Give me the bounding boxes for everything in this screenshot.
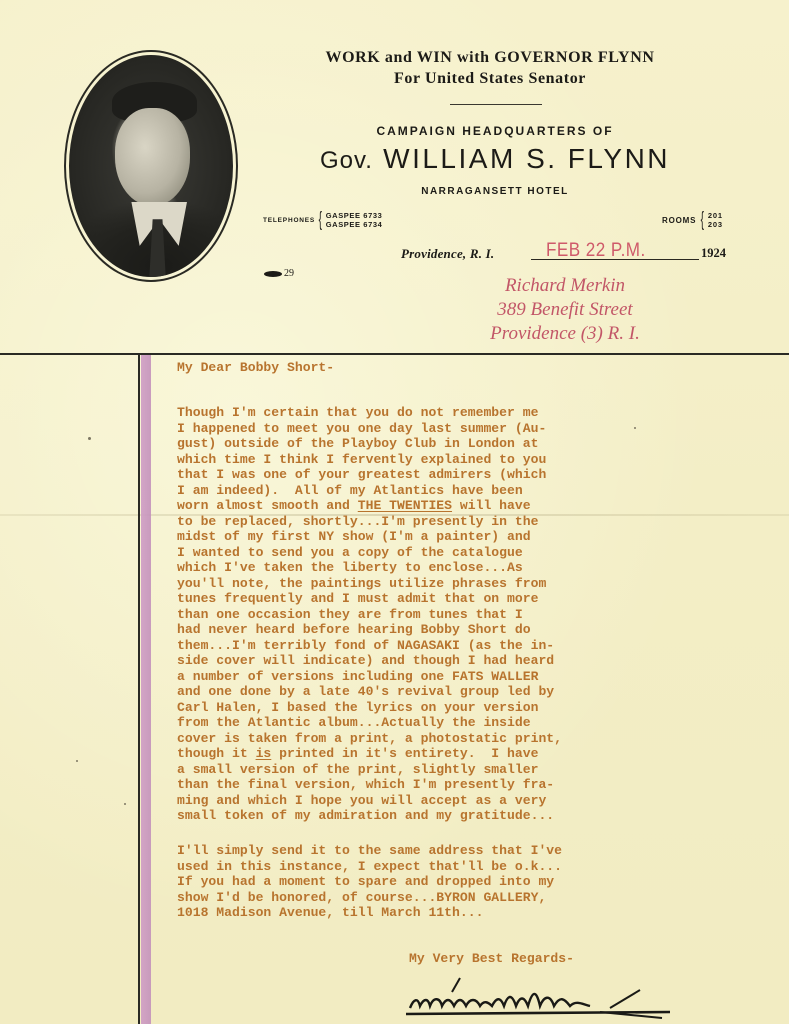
margin-rule (138, 353, 140, 1024)
paragraph-2: I'll simply send it to the same address … (177, 843, 562, 921)
underlined-word: is (256, 746, 272, 761)
text-line: which time I think I fervently explained… (177, 452, 562, 468)
letterhead-divider (450, 104, 542, 105)
date-stamp: FEB 22 P.M. (546, 240, 646, 262)
hotel-name: NARRAGANSETT HOTEL (250, 186, 740, 197)
telephone-number: GASPEE 6733 (326, 211, 383, 220)
text-line: them...I'm terribly fond of NAGASAKI (as… (177, 638, 562, 654)
text-line: I happened to meet you one day last summ… (177, 421, 562, 437)
text-line: a number of versions including one FATS … (177, 669, 562, 685)
union-label-number: 29 (284, 268, 294, 279)
text-span: worn almost smooth and (177, 498, 358, 513)
brace-icon: { (701, 210, 704, 230)
margin-stripe (141, 355, 151, 1024)
salutation: My Dear Bobby Short- (177, 360, 334, 376)
address-line: Richard Merkin (440, 274, 690, 298)
text-line: and one done by a late 40's revival grou… (177, 684, 562, 700)
text-span: though it (177, 746, 256, 761)
text-line: 1018 Madison Avenue, till March 11th... (177, 905, 562, 921)
text-line: gust) outside of the Playboy Club in Lon… (177, 436, 562, 452)
closing: My Very Best Regards- (409, 951, 574, 967)
text-line: I wanted to send you a copy of the catal… (177, 545, 562, 561)
text-line: from the Atlantic album...Actually the i… (177, 715, 562, 731)
text-line: which I've taken the liberty to enclose.… (177, 560, 562, 576)
text-line: Though I'm certain that you do not remem… (177, 405, 562, 421)
text-span: printed in it's entirety. I have (271, 746, 538, 761)
paper-speck (88, 437, 91, 440)
text-line: tunes frequently and I must admit that o… (177, 591, 562, 607)
underlined-title: THE TWENTIES (358, 498, 452, 513)
address-line: 389 Benefit Street (440, 298, 690, 322)
text-line: I am indeed). All of my Atlantics have b… (177, 483, 562, 499)
text-line: to be replaced, shortly...I'm presently … (177, 514, 562, 530)
signature (400, 968, 680, 1024)
text-line: cover is taken from a print, a photostat… (177, 731, 562, 747)
headquarters-label: CAMPAIGN HEADQUARTERS OF (250, 124, 740, 138)
text-line: show I'd be honored, of course...BYRON G… (177, 890, 562, 906)
name-prefix: Gov. (320, 147, 373, 174)
union-label: 29 (264, 268, 294, 279)
text-line: than the final version, which I'm presen… (177, 777, 562, 793)
text-span: will have (452, 498, 531, 513)
rooms-label: ROOMS (662, 216, 696, 225)
return-address-stamp: Richard Merkin 389 Benefit Street Provid… (440, 274, 690, 346)
paper-speck (124, 803, 126, 805)
dateline-city: Providence, R. I. (401, 246, 494, 262)
portrait-frame (64, 50, 238, 282)
text-line: had never heard before hearing Bobby Sho… (177, 622, 562, 638)
text-line: you'll note, the paintings utilize phras… (177, 576, 562, 592)
text-line: midst of my first NY show (I'm a painter… (177, 529, 562, 545)
address-line: Providence (3) R. I. (440, 322, 690, 346)
paragraph-1: Though I'm certain that you do not remem… (177, 405, 562, 824)
paper-speck (76, 760, 78, 762)
paper-speck (634, 427, 636, 429)
telephones-block: TELEPHONES { GASPEE 6733 GASPEE 6734 (263, 210, 382, 230)
portrait-photo (69, 55, 233, 277)
text-line: If you had a moment to spare and dropped… (177, 874, 562, 890)
horizontal-rule (0, 353, 789, 355)
text-line: I'll simply send it to the same address … (177, 843, 562, 859)
text-line: side cover will indicate) and though I h… (177, 653, 562, 669)
text-line: Carl Halen, I based the lyrics on your v… (177, 700, 562, 716)
text-line: though it is printed in it's entirety. I… (177, 746, 562, 762)
rooms-block: ROOMS { 201 203 (662, 210, 723, 230)
candidate-name: Gov. WILLIAM S. FLYNN (250, 143, 740, 175)
slogan-line-2: For United States Senator (250, 70, 730, 88)
text-line: than one occasion they are from tunes th… (177, 607, 562, 623)
text-line: used in this instance, I expect that'll … (177, 859, 562, 875)
room-number: 201 (708, 211, 723, 220)
telephones-label: TELEPHONES (263, 217, 315, 224)
slogan-line-1: WORK and WIN with GOVERNOR FLYNN (250, 49, 730, 67)
text-line: that I was one of your greatest admirers… (177, 467, 562, 483)
text-line: ming and which I hope you will accept as… (177, 793, 562, 809)
text-line: small token of my admiration and my grat… (177, 808, 562, 824)
text-line: a small version of the print, slightly s… (177, 762, 562, 778)
text-line: worn almost smooth and THE TWENTIES will… (177, 498, 562, 514)
portrait-face (115, 108, 190, 206)
room-number: 203 (708, 220, 723, 229)
brace-icon: { (319, 210, 322, 230)
dateline-year: 1924 (701, 246, 726, 261)
telephone-number: GASPEE 6734 (326, 220, 383, 229)
union-bug-icon (264, 271, 282, 277)
name-text: WILLIAM S. FLYNN (383, 143, 670, 174)
